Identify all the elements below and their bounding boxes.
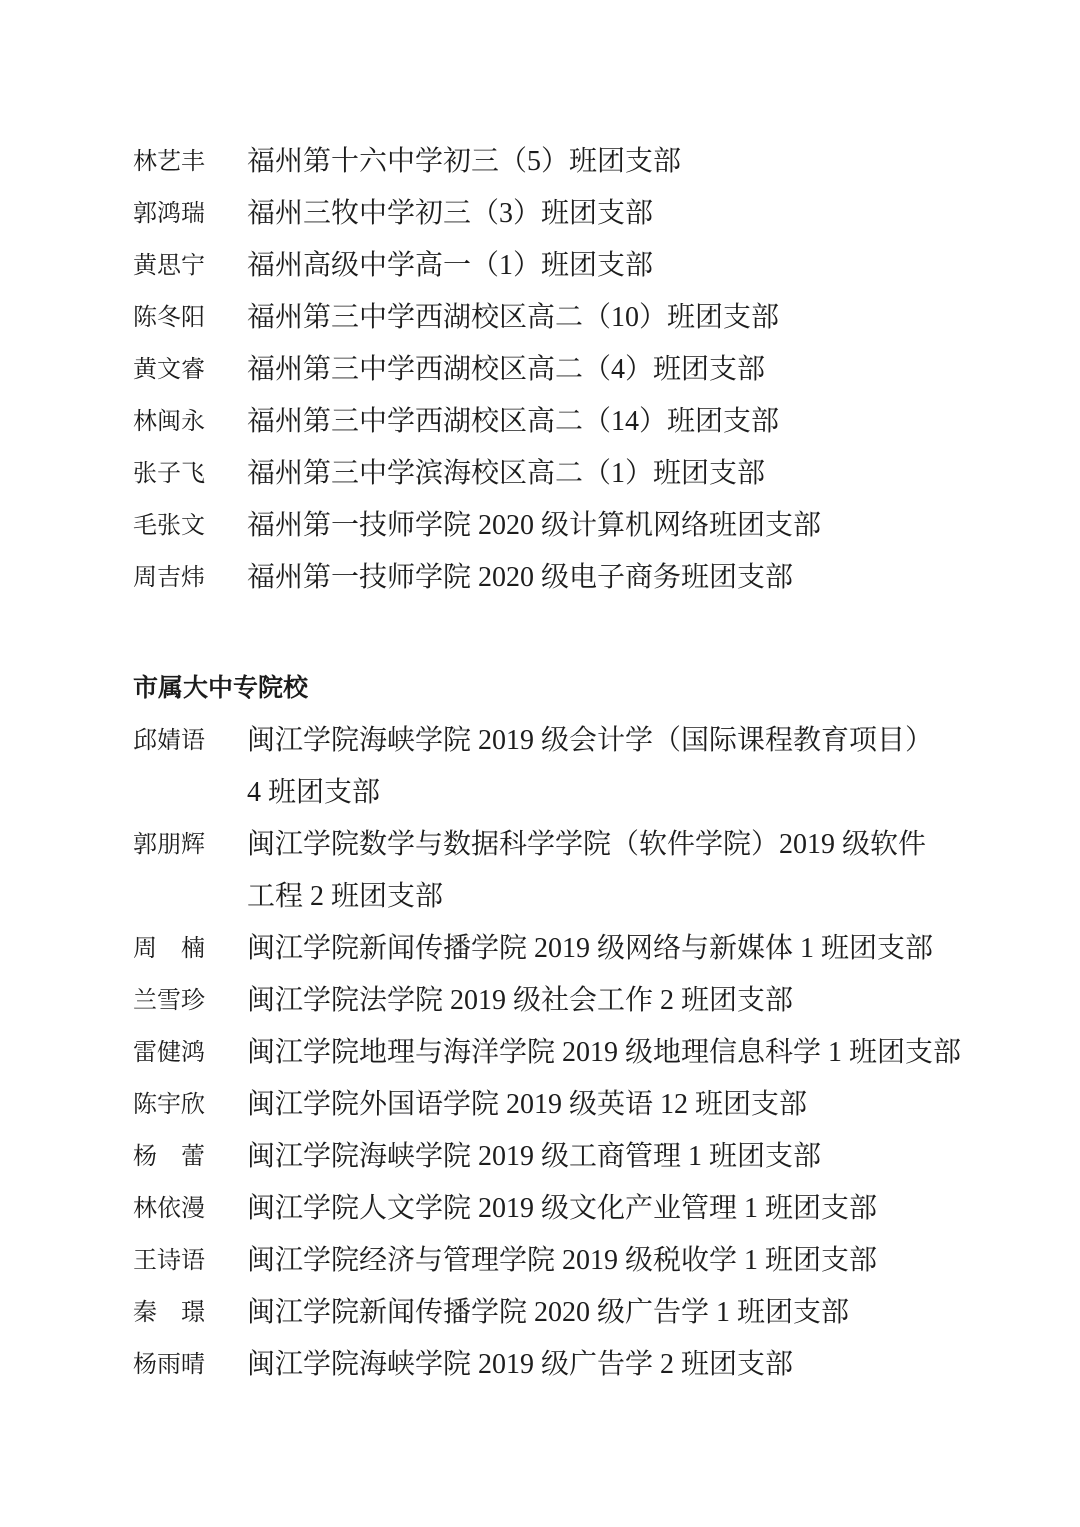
- person-name: 张子飞: [133, 448, 205, 500]
- person-name: 郭朋辉: [133, 819, 205, 871]
- person-name: 黄思宁: [133, 240, 205, 292]
- league-branch: 福州第一技师学院 2020 级电子商务班团支部: [247, 552, 963, 604]
- award-list: 林艺丰福州第十六中学初三（5）班团支部郭鸿瑞福州三牧中学初三（3）班团支部黄思宁…: [133, 136, 1033, 1391]
- league-branch: 福州第三中学西湖校区高二（10）班团支部: [247, 292, 963, 344]
- league-branch: 闽江学院海峡学院 2019 级工商管理 1 班团支部: [247, 1131, 963, 1183]
- list-item: 林闽永福州第三中学西湖校区高二（14）班团支部: [133, 396, 1033, 448]
- person-name: 黄文睿: [133, 344, 205, 396]
- person-name: 雷健鸿: [133, 1027, 205, 1079]
- person-name: 周吉炜: [133, 552, 205, 604]
- list-item: 周 楠闽江学院新闻传播学院 2019 级网络与新媒体 1 班团支部: [133, 923, 1033, 975]
- league-branch: 福州第一技师学院 2020 级计算机网络班团支部: [247, 500, 963, 552]
- league-branch: 闽江学院新闻传播学院 2020 级广告学 1 班团支部: [247, 1287, 963, 1339]
- list-item: 郭朋辉闽江学院数学与数据科学学院（软件学院）2019 级软件 工程 2 班团支部: [133, 819, 1033, 923]
- league-branch: 闽江学院海峡学院 2019 级广告学 2 班团支部: [247, 1339, 963, 1391]
- person-name: 王诗语: [133, 1235, 205, 1287]
- list-item: 秦 璟闽江学院新闻传播学院 2020 级广告学 1 班团支部: [133, 1287, 1033, 1339]
- league-branch: 闽江学院海峡学院 2019 级会计学（国际课程教育项目） 4 班团支部: [247, 715, 963, 819]
- person-name: 秦 璟: [133, 1287, 205, 1339]
- document-page: 林艺丰福州第十六中学初三（5）班团支部郭鸿瑞福州三牧中学初三（3）班团支部黄思宁…: [0, 0, 1080, 1527]
- list-item: 张子飞福州第三中学滨海校区高二（1）班团支部: [133, 448, 1033, 500]
- league-branch: 福州高级中学高一（1）班团支部: [247, 240, 963, 292]
- league-branch: 闽江学院地理与海洋学院 2019 级地理信息科学 1 班团支部: [247, 1027, 963, 1079]
- league-branch: 闽江学院法学院 2019 级社会工作 2 班团支部: [247, 975, 963, 1027]
- list-item: 王诗语闽江学院经济与管理学院 2019 级税收学 1 班团支部: [133, 1235, 1033, 1287]
- league-branch: 福州第三中学西湖校区高二（14）班团支部: [247, 396, 963, 448]
- league-branch: 闽江学院数学与数据科学学院（软件学院）2019 级软件 工程 2 班团支部: [247, 819, 963, 923]
- league-branch: 福州三牧中学初三（3）班团支部: [247, 188, 963, 240]
- league-branch: 闽江学院人文学院 2019 级文化产业管理 1 班团支部: [247, 1183, 963, 1235]
- person-name: 毛张文: [133, 500, 205, 552]
- league-branch: 福州第三中学滨海校区高二（1）班团支部: [247, 448, 963, 500]
- list-item: 黄思宁福州高级中学高一（1）班团支部: [133, 240, 1033, 292]
- list-item: 林艺丰福州第十六中学初三（5）班团支部: [133, 136, 1033, 188]
- person-name: 林闽永: [133, 396, 205, 448]
- list-item: 林依漫闽江学院人文学院 2019 级文化产业管理 1 班团支部: [133, 1183, 1033, 1235]
- list-item: 郭鸿瑞福州三牧中学初三（3）班团支部: [133, 188, 1033, 240]
- league-branch: 闽江学院外国语学院 2019 级英语 12 班团支部: [247, 1079, 963, 1131]
- list-item: 杨雨晴闽江学院海峡学院 2019 级广告学 2 班团支部: [133, 1339, 1033, 1391]
- person-name: 陈宇欣: [133, 1079, 205, 1131]
- list-item: 兰雪珍闽江学院法学院 2019 级社会工作 2 班团支部: [133, 975, 1033, 1027]
- league-branch: 福州第十六中学初三（5）班团支部: [247, 136, 963, 188]
- list-item: 杨 蕾闽江学院海峡学院 2019 级工商管理 1 班团支部: [133, 1131, 1033, 1183]
- person-name: 兰雪珍: [133, 975, 205, 1027]
- person-name: 陈冬阳: [133, 292, 205, 344]
- person-name: 林艺丰: [133, 136, 205, 188]
- list-item: 雷健鸿闽江学院地理与海洋学院 2019 级地理信息科学 1 班团支部: [133, 1027, 1033, 1079]
- section: 林艺丰福州第十六中学初三（5）班团支部郭鸿瑞福州三牧中学初三（3）班团支部黄思宁…: [133, 136, 1033, 604]
- person-name: 杨雨晴: [133, 1339, 205, 1391]
- person-name: 郭鸿瑞: [133, 188, 205, 240]
- person-name: 杨 蕾: [133, 1131, 205, 1183]
- league-branch: 闽江学院新闻传播学院 2019 级网络与新媒体 1 班团支部: [247, 923, 963, 975]
- list-item: 陈冬阳福州第三中学西湖校区高二（10）班团支部: [133, 292, 1033, 344]
- person-name: 林依漫: [133, 1183, 205, 1235]
- section-heading: 市属大中专院校: [133, 663, 1033, 715]
- league-branch: 福州第三中学西湖校区高二（4）班团支部: [247, 344, 963, 396]
- person-name: 周 楠: [133, 923, 205, 975]
- section: 市属大中专院校邱婧语闽江学院海峡学院 2019 级会计学（国际课程教育项目） 4…: [133, 663, 1033, 1391]
- league-branch: 闽江学院经济与管理学院 2019 级税收学 1 班团支部: [247, 1235, 963, 1287]
- list-item: 周吉炜福州第一技师学院 2020 级电子商务班团支部: [133, 552, 1033, 604]
- list-item: 黄文睿福州第三中学西湖校区高二（4）班团支部: [133, 344, 1033, 396]
- person-name: 邱婧语: [133, 715, 205, 767]
- list-item: 邱婧语闽江学院海峡学院 2019 级会计学（国际课程教育项目） 4 班团支部: [133, 715, 1033, 819]
- list-item: 陈宇欣闽江学院外国语学院 2019 级英语 12 班团支部: [133, 1079, 1033, 1131]
- list-item: 毛张文福州第一技师学院 2020 级计算机网络班团支部: [133, 500, 1033, 552]
